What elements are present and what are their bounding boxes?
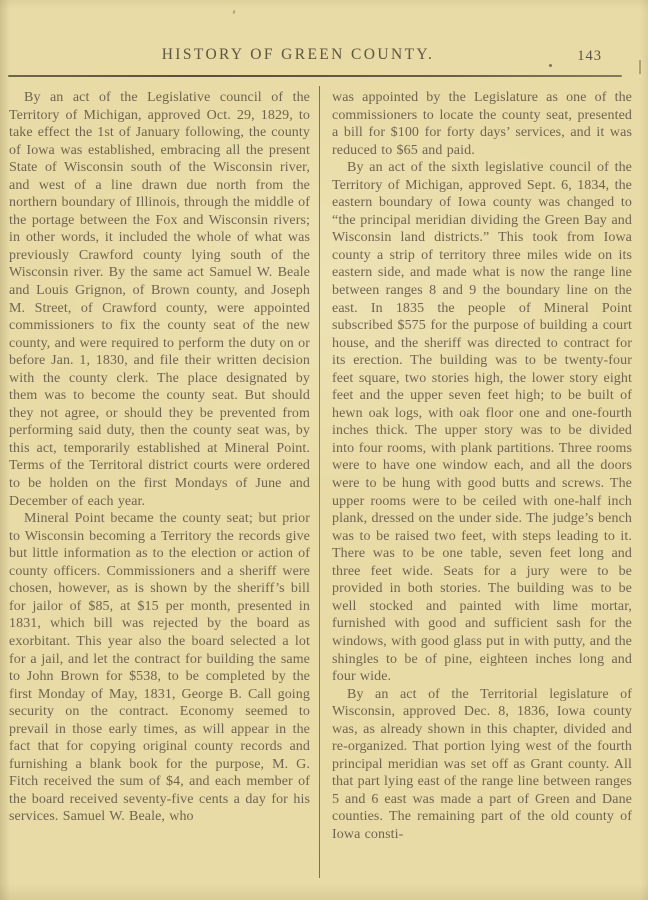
paragraph: was appointed by the Legislature as one …	[332, 89, 632, 159]
column-divider	[319, 86, 320, 878]
left-column: By an act of the Legislative council of …	[9, 89, 310, 826]
paragraph: By an act of the Territorial legislature…	[332, 686, 632, 844]
paragraph: By an act of the sixth legislative counc…	[332, 159, 632, 685]
ink-speck	[549, 64, 552, 67]
page-number: 143	[577, 48, 602, 65]
scan-edge-mark	[639, 60, 641, 74]
book-page: HISTORY OF GREEN COUNTY. 143 By an act o…	[0, 0, 648, 900]
ink-speck	[232, 10, 235, 14]
paragraph: Mineral Point became the county seat; bu…	[9, 510, 310, 826]
paragraph: By an act of the Legislative council of …	[9, 89, 310, 510]
right-column: was appointed by the Legislature as one …	[332, 89, 632, 844]
page-title: HISTORY OF GREEN COUNTY.	[0, 46, 622, 64]
header-rule	[8, 75, 622, 77]
